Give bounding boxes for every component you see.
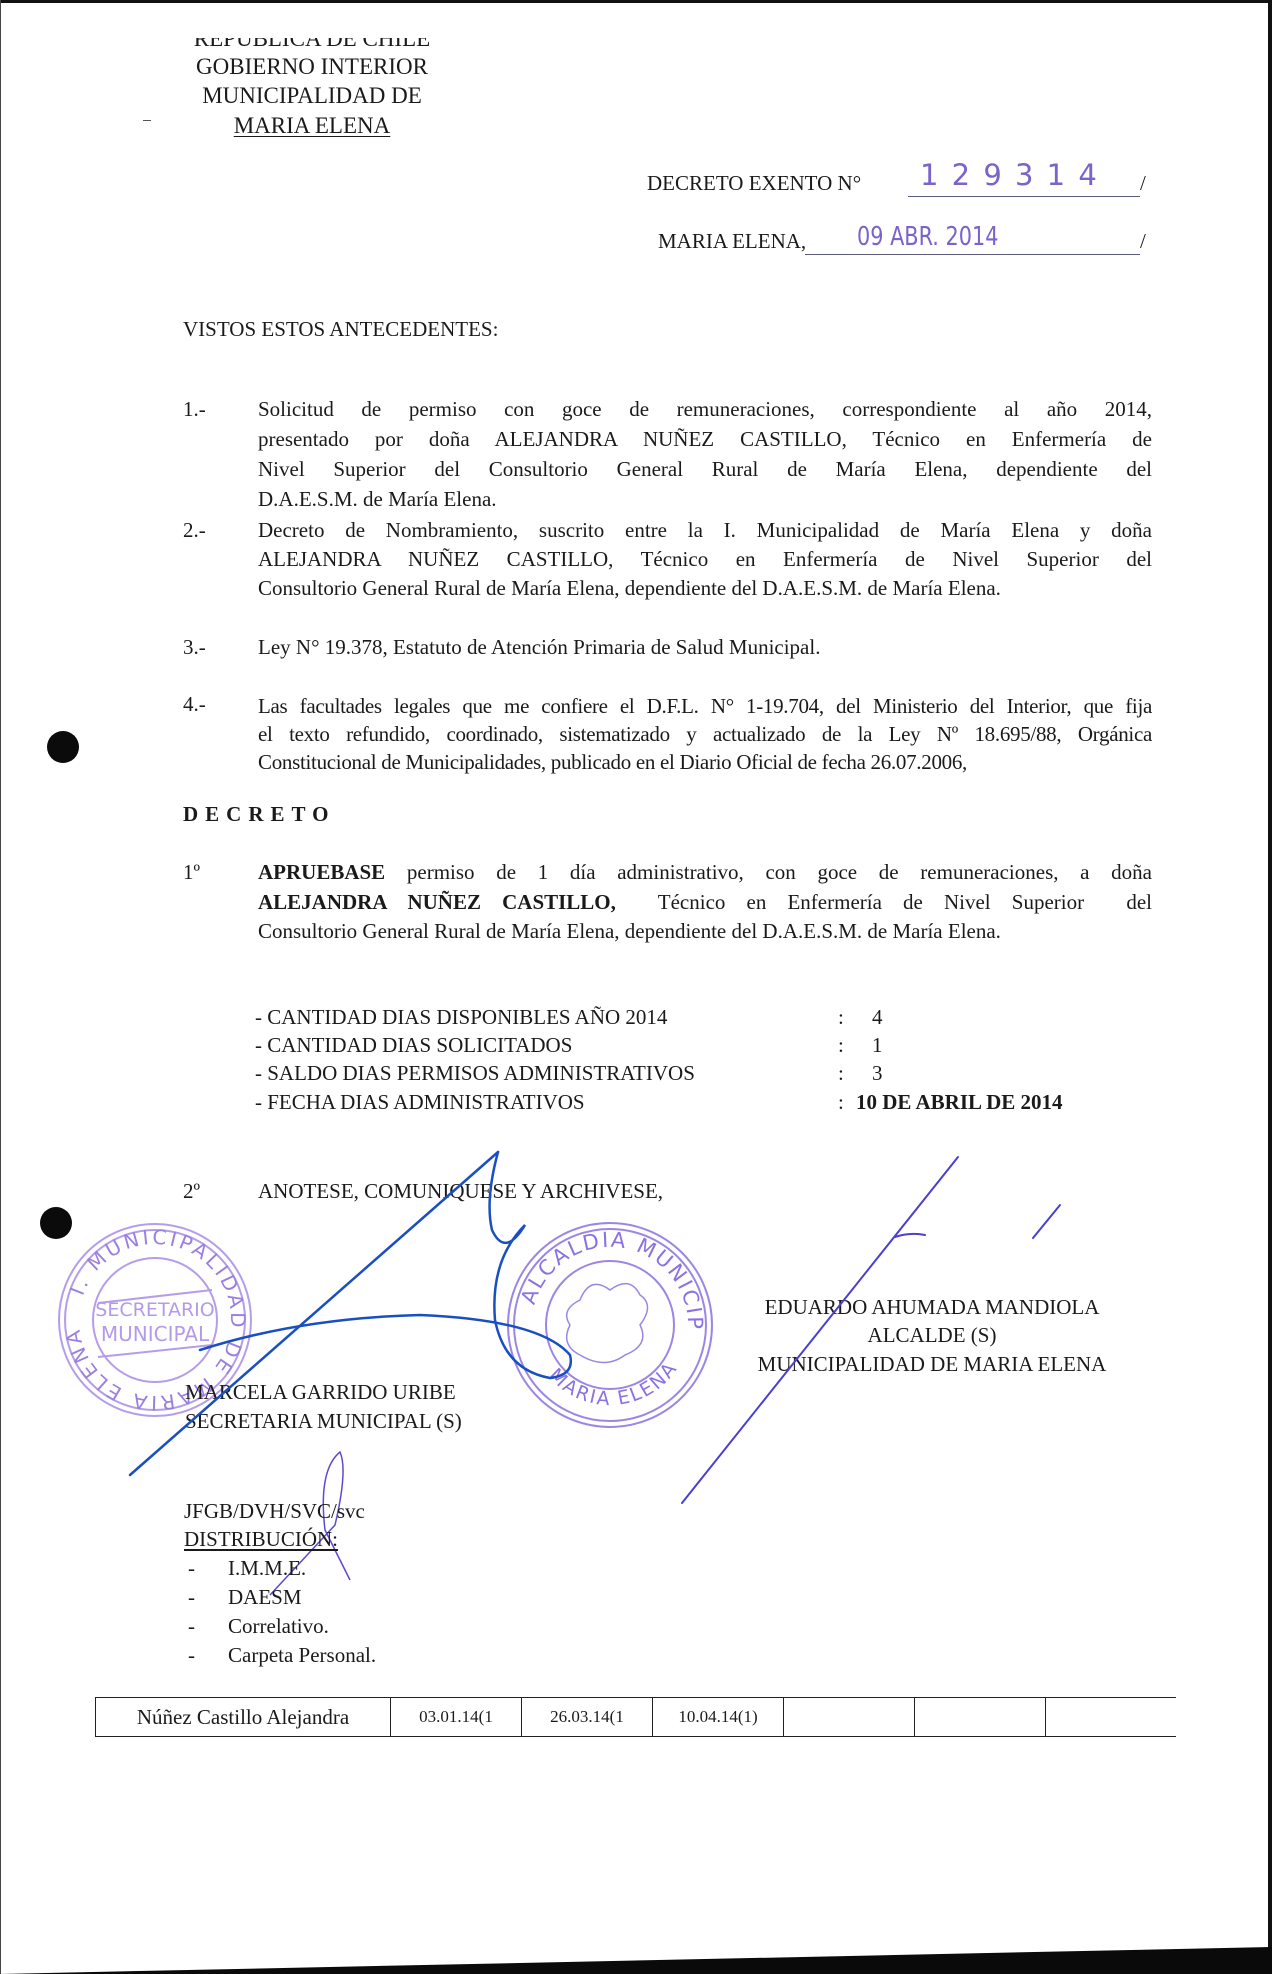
article-1-line-3: Consultorio General Rural de María Elena… bbox=[258, 919, 1152, 944]
initials: JFGB/DVH/SVC/svc bbox=[184, 1499, 365, 1524]
vistos-item-2-line-3: Consultorio General Rural de María Elena… bbox=[258, 576, 1152, 601]
vistos-item-4-line-1: Las facultades legales que me confiere e… bbox=[258, 694, 1152, 719]
seals-layer: I. MUNICIPALIDAD DE MARIA ELENA SECRETAR… bbox=[0, 0, 1272, 1974]
secretary-name: MARCELA GARRIDO URIBE bbox=[185, 1380, 456, 1405]
article-1-lead: APRUEBASE bbox=[258, 860, 385, 884]
vistos-heading: VISTOS ESTOS ANTECEDENTES: bbox=[183, 317, 498, 342]
detail-label-date: - FECHA DIAS ADMINISTRATIVOS bbox=[255, 1090, 585, 1115]
vistos-item-4-number: 4.- bbox=[183, 692, 206, 717]
scan-right-edge bbox=[1268, 0, 1272, 1974]
detail-label-available: - CANTIDAD DIAS DISPONIBLES AÑO 2014 bbox=[255, 1005, 667, 1030]
secretary-title: SECRETARIA MUNICIPAL (S) bbox=[185, 1409, 462, 1434]
article-2-number: 2º bbox=[183, 1179, 200, 1204]
vistos-item-3-number: 3.- bbox=[183, 635, 206, 660]
punch-hole-top bbox=[47, 731, 79, 763]
vistos-item-1-line-1: Solicitud de permiso con goce de remuner… bbox=[258, 397, 1152, 422]
header-line-municipality: MUNICIPALIDAD DE bbox=[181, 81, 443, 110]
distribution-item: I.M.M.E. bbox=[228, 1556, 306, 1581]
vistos-item-1-line-4: D.A.E.S.M. de María Elena. bbox=[258, 487, 1152, 512]
vistos-item-2-number: 2.- bbox=[183, 518, 206, 543]
header-line-town: MARIA ELENA bbox=[181, 111, 443, 140]
vistos-item-2-line-2: ALEJANDRA NUÑEZ CASTILLO, Técnico en Enf… bbox=[258, 547, 1152, 572]
vistos-item-4-line-2: el texto refundido, coordinado, sistemat… bbox=[258, 722, 1152, 747]
secretary-seal-center-1: SECRETARIO bbox=[95, 1299, 214, 1321]
detail-value-balance: 3 bbox=[872, 1061, 883, 1086]
date-line bbox=[805, 254, 1140, 255]
article-1-line-2: ALEJANDRA NUÑEZ CASTILLO, Técnico en Enf… bbox=[258, 890, 1152, 915]
article-1-line-2-rest: Técnico en Enfermería de Nivel Superior … bbox=[616, 890, 1152, 914]
leave-date-cell: 26.03.14(1 bbox=[522, 1698, 653, 1737]
scan-dash-mark bbox=[143, 120, 151, 121]
decree-number-line bbox=[908, 196, 1140, 197]
mayor-title: ALCALDE (S) bbox=[712, 1323, 1152, 1348]
table-row: Núñez Castillo Alejandra 03.01.14(1 26.0… bbox=[96, 1698, 1177, 1737]
article-1-line-1-rest: permiso de 1 día administrativo, con goc… bbox=[385, 860, 1152, 884]
article-1-name: ALEJANDRA NUÑEZ CASTILLO, bbox=[258, 890, 616, 914]
vistos-item-1-line-3: Nivel Superior del Consultorio General R… bbox=[258, 457, 1152, 482]
place-label: MARIA ELENA, bbox=[658, 229, 806, 254]
detail-value-available: 4 bbox=[872, 1005, 883, 1030]
vistos-item-1-number: 1.- bbox=[183, 397, 206, 422]
date-stamp: 09 ABR. 2014 bbox=[857, 222, 998, 252]
distribution-item: Correlativo. bbox=[228, 1614, 329, 1639]
leave-date-cell: 10.04.14(1) bbox=[653, 1698, 784, 1737]
article-1-line-1: APRUEBASE permiso de 1 día administrativ… bbox=[258, 860, 1152, 885]
vistos-item-3-line-1: Ley N° 19.378, Estatuto de Atención Prim… bbox=[258, 635, 1152, 660]
detail-colon: : bbox=[838, 1090, 844, 1115]
leave-date-cell bbox=[915, 1698, 1046, 1737]
distribution-item: Carpeta Personal. bbox=[228, 1643, 376, 1668]
scan-bottom-edge bbox=[0, 1944, 1272, 1974]
leave-history-table: Núñez Castillo Alejandra 03.01.14(1 26.0… bbox=[95, 1697, 1176, 1737]
leave-date-cell bbox=[784, 1698, 915, 1737]
mayor-name: EDUARDO AHUMADA MANDIOLA bbox=[712, 1295, 1152, 1320]
decree-number-stamp: 1 2 9 3 1 4 bbox=[920, 158, 1099, 192]
distribution-heading: DISTRIBUCIÓN: bbox=[184, 1527, 338, 1552]
leave-date-cell: 03.01.14(1 bbox=[391, 1698, 522, 1737]
vistos-item-4-line-3: Constitucional de Municipalidades, publi… bbox=[258, 750, 1152, 775]
punch-hole-bottom bbox=[40, 1207, 72, 1239]
distribution-bullet: - bbox=[188, 1585, 195, 1610]
detail-label-requested: - CANTIDAD DIAS SOLICITADOS bbox=[255, 1033, 572, 1058]
detail-label-balance: - SALDO DIAS PERMISOS ADMINISTRATIVOS bbox=[255, 1061, 695, 1086]
scan-left-edge bbox=[0, 0, 1, 1974]
detail-colon: : bbox=[838, 1033, 844, 1058]
employee-name-cell: Núñez Castillo Alejandra bbox=[96, 1698, 391, 1737]
detail-colon: : bbox=[838, 1061, 844, 1086]
secretary-seal-center-2: MUNICIPAL bbox=[101, 1322, 210, 1346]
decree-number-label: DECRETO EXENTO N° bbox=[647, 171, 861, 196]
leave-date-cell bbox=[1046, 1698, 1177, 1737]
date-slash: / bbox=[1140, 229, 1146, 254]
mayor-seal bbox=[508, 1223, 712, 1427]
decree-number-slash: / bbox=[1140, 171, 1146, 196]
header-line-government: GOBIERNO INTERIOR bbox=[181, 52, 443, 81]
vistos-item-2-line-1: Decreto de Nombramiento, suscrito entre … bbox=[258, 518, 1152, 543]
article-2-text: ANOTESE, COMUNIQUESE Y ARCHIVESE, bbox=[258, 1179, 663, 1204]
vistos-item-1-line-2: presentado por doña ALEJANDRA NUÑEZ CAST… bbox=[258, 427, 1152, 452]
scan-top-edge bbox=[0, 0, 1272, 3]
mayor-seal-ring-top: ALCALDIA MUNICIPAL bbox=[0, 0, 707, 1330]
decreto-heading: DECRETO bbox=[183, 802, 335, 827]
detail-value-requested: 1 bbox=[872, 1033, 883, 1058]
header-line-cut: REPUBLICA DE CHILE bbox=[181, 38, 443, 50]
mayor-seal-ring-bottom: MARIA ELENA bbox=[545, 1357, 683, 1410]
distribution-bullet: - bbox=[188, 1643, 195, 1668]
signature-strokes bbox=[0, 0, 1272, 1974]
distribution-bullet: - bbox=[188, 1556, 195, 1581]
article-1-number: 1º bbox=[183, 860, 200, 885]
distribution-bullet: - bbox=[188, 1614, 195, 1639]
detail-colon: : bbox=[838, 1005, 844, 1030]
mayor-org: MUNICIPALIDAD DE MARIA ELENA bbox=[712, 1352, 1152, 1377]
distribution-item: DAESM bbox=[228, 1585, 302, 1610]
detail-value-date: 10 DE ABRIL DE 2014 bbox=[856, 1090, 1063, 1115]
